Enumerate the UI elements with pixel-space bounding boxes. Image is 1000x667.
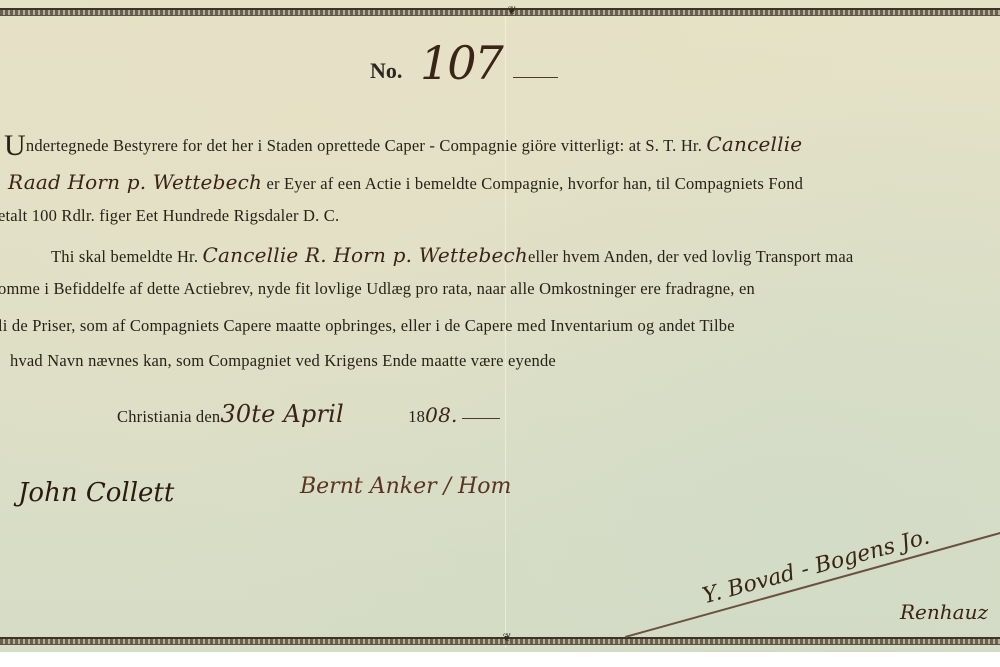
year-printed: 18: [408, 407, 425, 426]
text-line-4: Thi skal bemeldte Hr. Cancellie R. Horn …: [51, 243, 853, 267]
place-date: Christiania den30te April 1808.: [117, 400, 500, 428]
text-line-7: hvad Navn nævnes kan, som Compagniet ved…: [10, 351, 556, 371]
number-label: No.: [370, 58, 402, 84]
text-line-5: omme i Befiddelfe af dette Actiebrev, ny…: [0, 279, 755, 299]
drop-cap: U: [4, 129, 26, 162]
handwritten-owner-repeat: Cancellie R. Horn p. Wettebech: [203, 243, 529, 267]
date-underline: [462, 418, 500, 419]
text-line-6: li de Priser, som af Compagniets Capere …: [0, 316, 735, 336]
number-underline: [513, 77, 558, 78]
text-line-3: etalt 100 Rdlr. figer Eet Hundrede Rigsd…: [0, 206, 339, 226]
handwritten-date: 30te April: [220, 400, 344, 428]
year-handwritten: 08.: [425, 403, 457, 427]
certificate-number: 107: [420, 36, 502, 90]
handwritten-title: Cancellie: [706, 132, 802, 156]
handwritten-owner: Raad Horn p. Wettebech: [8, 170, 262, 194]
text-line-1: Undertegnede Bestyrere for det her i Sta…: [4, 132, 802, 156]
signature-4: Renhauz: [900, 600, 988, 624]
top-ornament-icon: ❦: [500, 5, 524, 17]
bottom-ornament-icon: ❦: [495, 632, 519, 644]
signature-1: John Collett: [18, 478, 174, 508]
signature-2: Bernt Anker / Hom: [300, 474, 511, 499]
text-line-2: Raad Horn p. Wettebech er Eyer af een Ac…: [8, 170, 803, 194]
